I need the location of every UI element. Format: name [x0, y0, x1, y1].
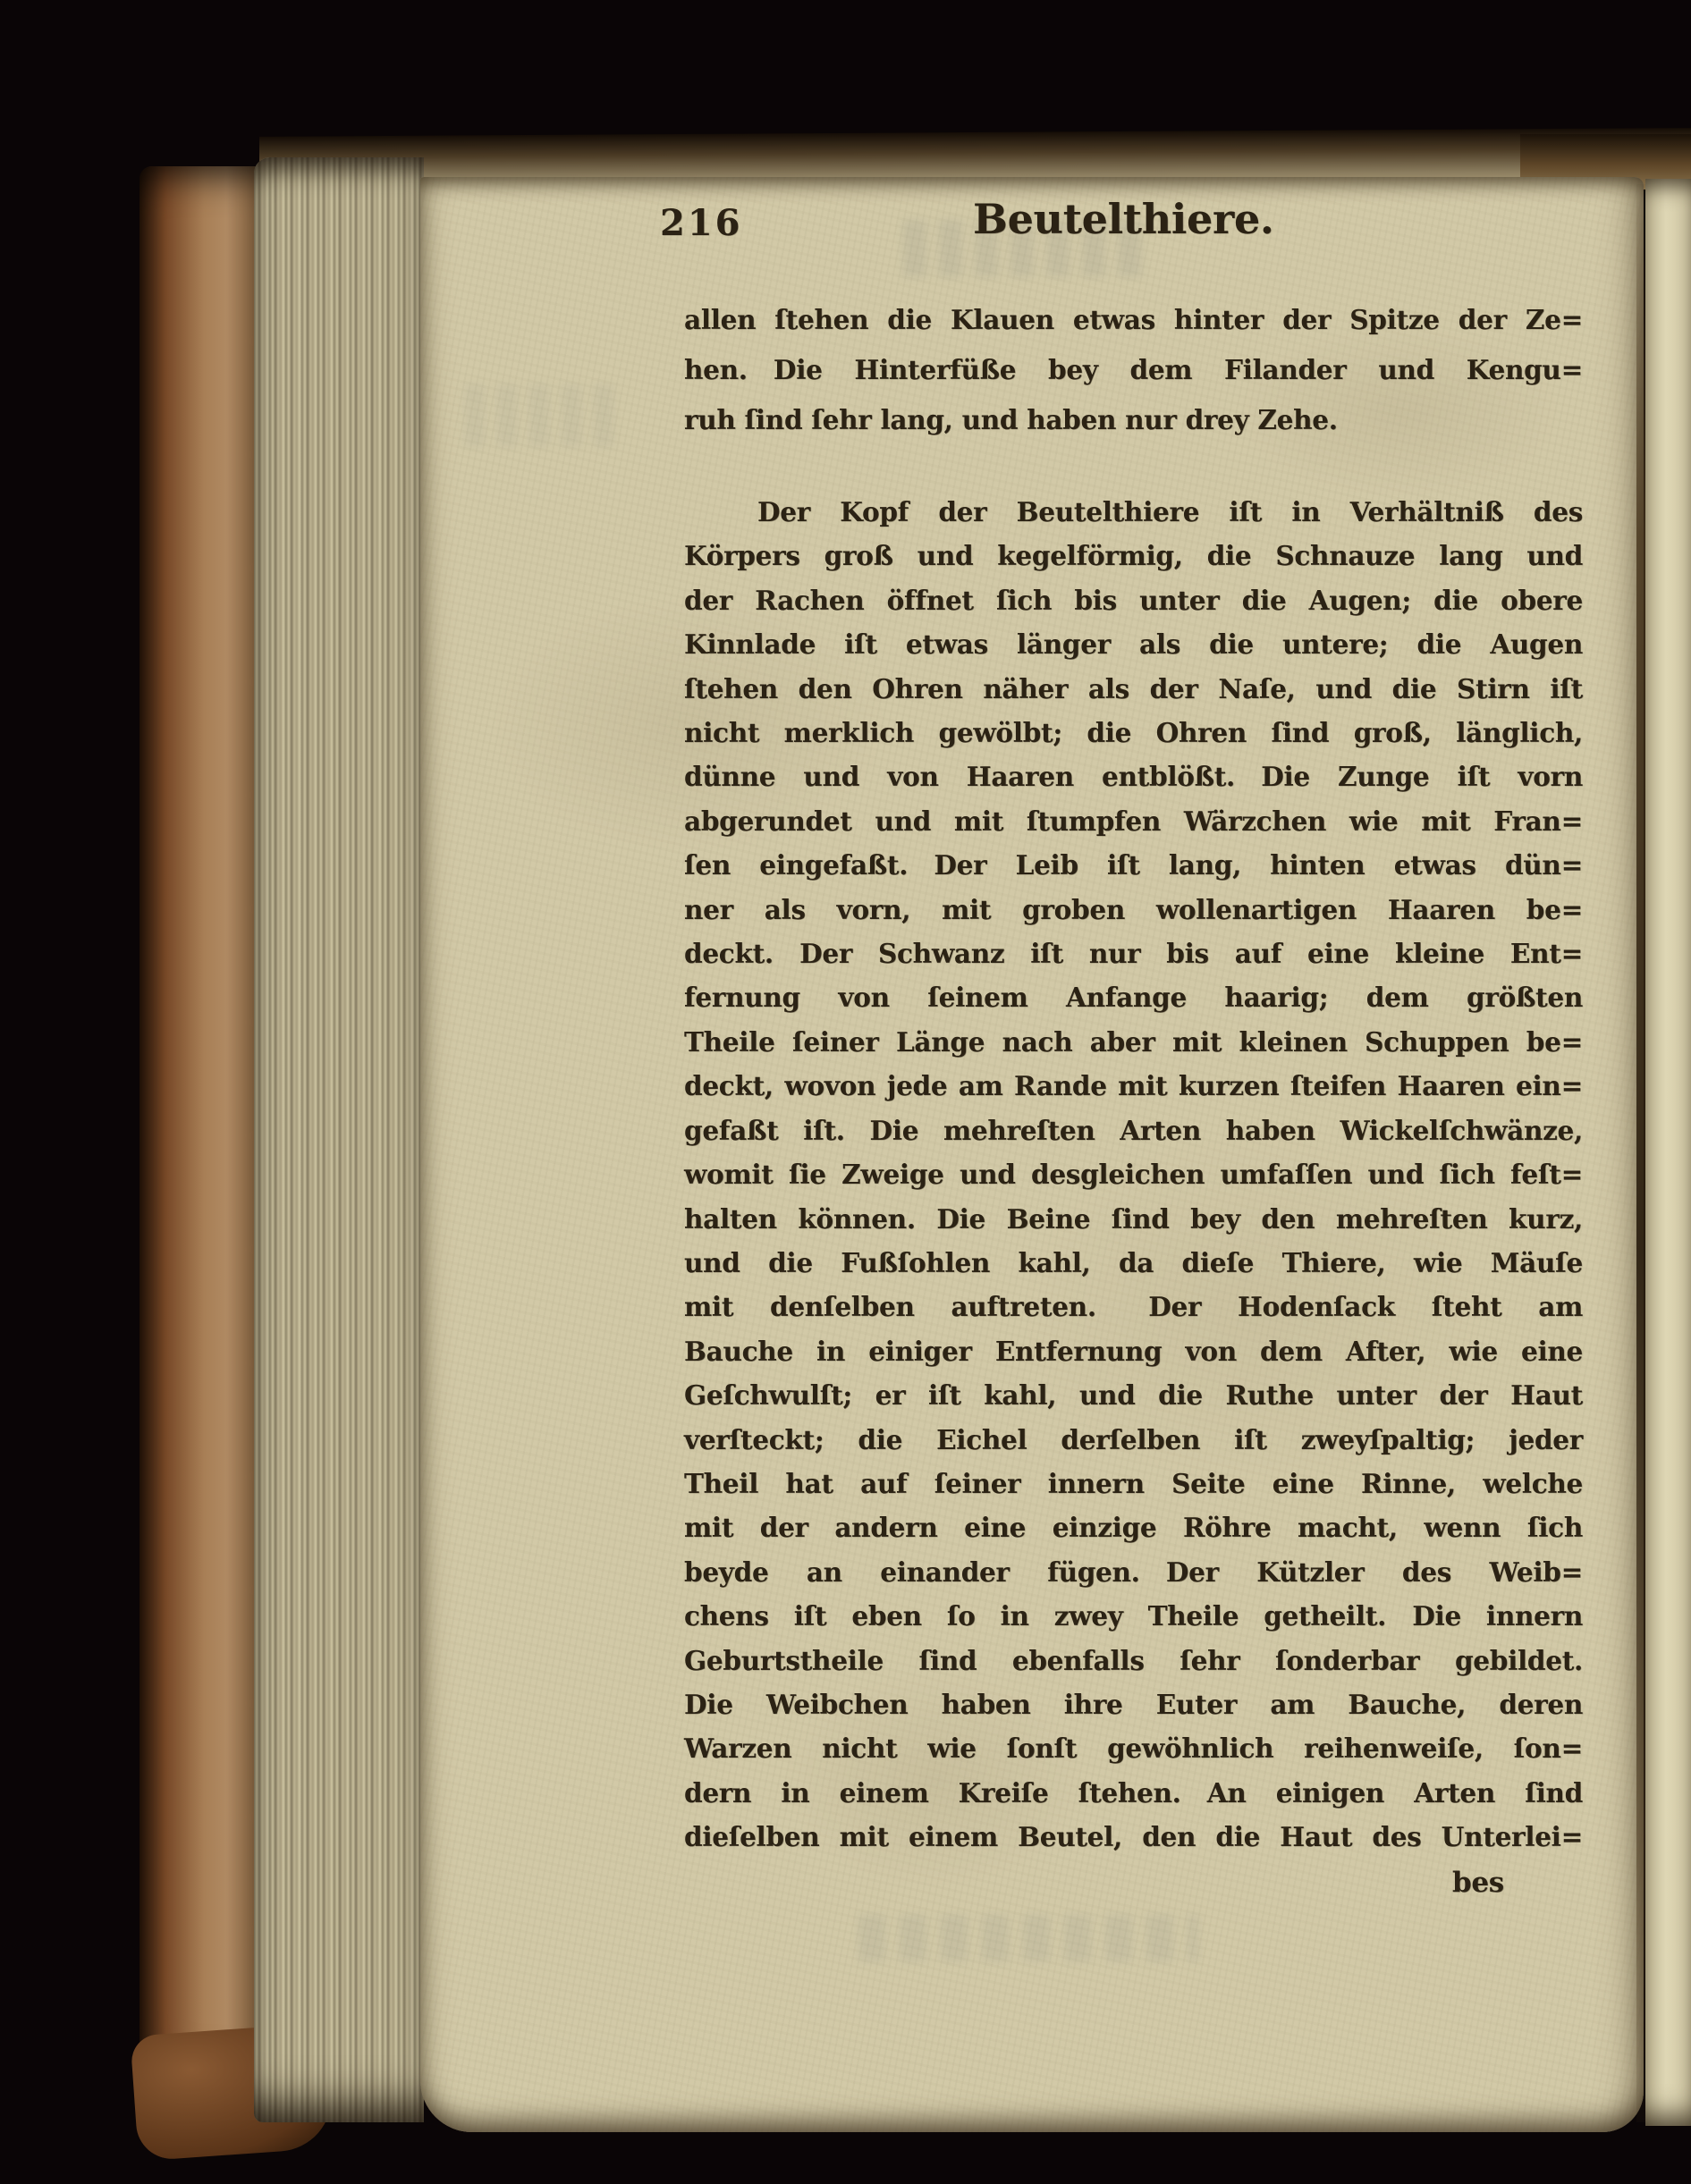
- book-scan-photo: 216 Beutelthiere. allen ſtehen die Klaue…: [0, 0, 1691, 2184]
- text-line: Kinnlade iſt etwas länger als die untere…: [684, 622, 1583, 666]
- paragraph: allen ſtehen die Klauen etwas hinter der…: [684, 295, 1583, 445]
- text-line: deckt, wovon jede am Rande mit kurzen ſt…: [684, 1064, 1583, 1108]
- text-line: Körpers groß und kegelförmig, die Schnau…: [684, 534, 1583, 578]
- text-line: deckt. Der Schwanz iſt nur bis auf eine …: [684, 932, 1583, 975]
- text-line: dieſelben mit einem Beutel, den die Haut…: [684, 1815, 1583, 1859]
- text-line: Warzen nicht wie ſonſt gewöhnlich reihen…: [684, 1726, 1583, 1770]
- text-line: hen. Die Hinterfüße bey dem Filander und…: [684, 345, 1583, 395]
- next-page-edge: [1645, 179, 1691, 2126]
- page-number: 216: [660, 202, 743, 244]
- text-line: mit der andern eine einzige Röhre macht,…: [684, 1505, 1583, 1549]
- catchword: bes: [1452, 1867, 1504, 1899]
- text-line: Geſchwulſt; er iſt kahl, und die Ruthe u…: [684, 1373, 1583, 1417]
- text-line: Die Weibchen haben ihre Euter am Bauche,…: [684, 1682, 1583, 1726]
- text-line: halten können. Die Beine ſind bey den me…: [684, 1197, 1583, 1241]
- text-line: mit denſelben auftreten. Der Hodenſack ſ…: [684, 1285, 1583, 1328]
- running-header: Beutelthiere.: [973, 195, 1274, 243]
- text-line: und die Fußſohlen kahl, da dieſe Thiere,…: [684, 1241, 1583, 1285]
- text-line: ſtehen den Ohren näher als der Naſe, und…: [684, 667, 1583, 711]
- text-line: chens iſt eben ſo in zwey Theile getheil…: [684, 1594, 1583, 1638]
- text-line: Bauche in einiger Entfernung von dem Aft…: [684, 1329, 1583, 1373]
- text-line: der Rachen öffnet ſich bis unter die Aug…: [684, 578, 1583, 622]
- text-line: dünne und von Haaren entblößt. Die Zunge…: [684, 755, 1583, 798]
- page-edge-stack: [254, 157, 424, 2122]
- paragraph: Der Kopf der Beutelthiere iſt in Verhält…: [684, 490, 1583, 1859]
- text-line: allen ſtehen die Klauen etwas hinter der…: [684, 295, 1583, 345]
- text-line: Der Kopf der Beutelthiere iſt in Verhält…: [684, 490, 1583, 534]
- text-line: nicht merklich gewölbt; die Ohren ſind g…: [684, 711, 1583, 755]
- text-line: ruh ſind ſehr lang, und haben nur drey Z…: [684, 395, 1583, 445]
- text-line: ner als vorn, mit groben wollenartigen H…: [684, 888, 1583, 932]
- text-line: Geburtstheile ſind ebenfalls ſehr ſonder…: [684, 1639, 1583, 1682]
- book-cover-edge: [140, 166, 258, 2124]
- text-line: Theil hat auf ſeiner innern Seite eine R…: [684, 1462, 1583, 1505]
- text-line: Theile ſeiner Länge nach aber mit kleine…: [684, 1020, 1583, 1064]
- text-line: beyde an einander fügen. Der Kützler des…: [684, 1550, 1583, 1594]
- text-line: gefaßt iſt. Die mehreſten Arten haben Wi…: [684, 1109, 1583, 1152]
- text-line: verſteckt; die Eichel derſelben iſt zwey…: [684, 1418, 1583, 1462]
- text-line: abgerundet und mit ſtumpfen Wärzchen wie…: [684, 799, 1583, 843]
- gutter-crease: [1636, 184, 1645, 2122]
- text-line: ſen eingefaßt. Der Leib iſt lang, hinten…: [684, 843, 1583, 887]
- text-line: womit ſie Zweige und desgleichen umfaſſe…: [684, 1152, 1583, 1196]
- text-line: fernung von ſeinem Anfange haarig; dem g…: [684, 975, 1583, 1019]
- text-line: dern in einem Kreiſe ſtehen. An einigen …: [684, 1771, 1583, 1815]
